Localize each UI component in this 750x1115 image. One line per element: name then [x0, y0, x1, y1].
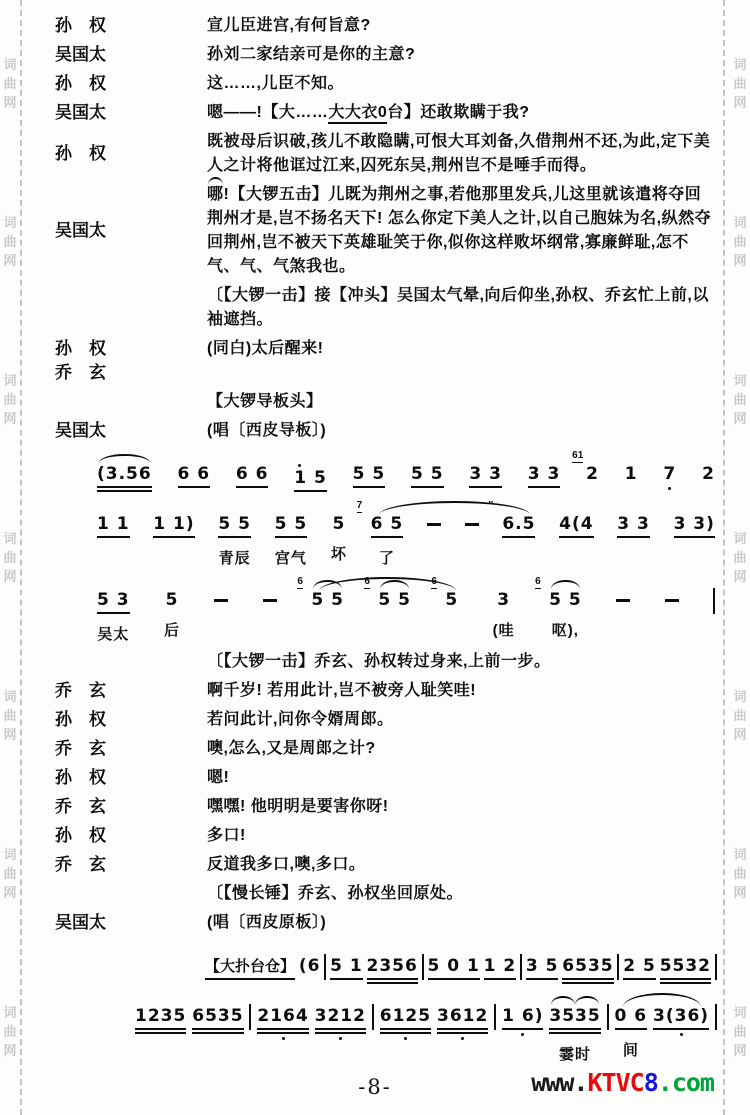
- watermark-char: 网: [733, 96, 746, 109]
- beam-line: [367, 978, 418, 980]
- speaker-name: 乔 玄: [55, 853, 160, 877]
- dash-note: [465, 523, 479, 526]
- score-page: 词曲网词曲网词曲网词曲网词曲网词曲网词曲网 词曲网词曲网词曲网词曲网词曲网词曲网…: [0, 0, 750, 1115]
- watermark-group: 词曲网: [3, 848, 16, 899]
- music-note-group: 5 1: [330, 956, 363, 980]
- watermark-char: 词: [3, 690, 16, 703]
- bar-line: [607, 1004, 609, 1030]
- dialogue-row: 乔 玄噢,怎么,又是周郎之计?: [55, 737, 712, 761]
- music-note-group: 1235: [135, 1006, 186, 1034]
- beam-line: [294, 490, 327, 492]
- music-note-group: 5 3吴太: [97, 590, 130, 644]
- watermark-group: 词曲网: [733, 1006, 746, 1057]
- music-note-group: 2164: [257, 1006, 308, 1040]
- music-note-group: 1: [625, 464, 638, 484]
- note-digits: 5 5: [218, 514, 251, 534]
- watermark-char: 网: [733, 254, 746, 267]
- text-segment: 【大锣导板头】: [207, 393, 323, 410]
- watermark-char: 网: [3, 886, 16, 899]
- beam-line: [257, 1032, 308, 1034]
- speaker-name: 吴国太: [55, 183, 160, 279]
- dash-note: [616, 599, 630, 602]
- octave-dot-below: [521, 1033, 524, 1036]
- beam-line: [97, 612, 130, 614]
- watermark-char: 曲: [3, 393, 16, 406]
- speaker-line: 孙 权: [55, 337, 160, 361]
- text-segment: 〔【大锣一击】乔玄、孙权转过身来,上前一步。: [207, 653, 550, 670]
- note-digits: 2 5: [623, 956, 656, 976]
- music-note-group: 6535: [192, 1006, 243, 1034]
- note-digits: 3: [497, 590, 510, 610]
- music-note-group: 6 6: [178, 464, 211, 488]
- beam-line: [411, 486, 444, 488]
- music-note-group: 3 5: [526, 956, 559, 980]
- dash-note: [214, 599, 228, 602]
- beam-line: [218, 536, 251, 538]
- watermark-group: 词曲网: [3, 1006, 16, 1057]
- beam-line: [135, 1032, 186, 1034]
- octave-dot-below: [461, 1037, 464, 1040]
- beam-line: [653, 1028, 709, 1030]
- music-note-group: 5 0 1: [428, 956, 480, 980]
- stage-text: 〔【慢长锤】乔玄、孙权坐回原处。: [207, 882, 712, 906]
- beam-line: [660, 982, 711, 984]
- watermark-group: 词曲网: [3, 690, 16, 741]
- music-note-group: (6: [299, 956, 321, 976]
- music-note-group: 3(36): [653, 1006, 709, 1036]
- music-note-group: 2356: [367, 956, 418, 984]
- dialogue-row: 孙 权若问此计,问你令婿周郎。: [55, 708, 712, 732]
- note-digits: 1: [625, 464, 638, 484]
- beam-line: [97, 490, 152, 492]
- beam-line: [484, 978, 517, 980]
- music-note-group: 2: [702, 464, 715, 484]
- music-note-group: ″6.5: [502, 514, 535, 538]
- speaker-line: 孙 权: [55, 824, 160, 848]
- note-digits: 5: [332, 514, 345, 534]
- music-note-group: 5 5: [411, 464, 444, 488]
- text-segment: (唱〔西皮原板〕): [207, 914, 326, 931]
- beam-line: [380, 1032, 431, 1034]
- note-digits: 1 1: [97, 514, 130, 534]
- note-digits: 2: [702, 464, 715, 484]
- note-digits: 6535: [192, 1006, 243, 1026]
- octave-dot-below: [404, 1037, 407, 1040]
- speaker-line: 乔 玄: [55, 679, 160, 703]
- dialogue-row: 吴国太嗯——!【大……大大衣0台】还敢欺瞒于我?: [55, 101, 712, 125]
- music-note-group: 3(哇: [493, 590, 515, 640]
- watermark-char: 网: [3, 570, 16, 583]
- dialogue-text: 哪!【大锣五击】儿既为荆州之事,若他那里发兵,儿这里就该遣将夺回荆州才是,岂不扬…: [207, 183, 712, 279]
- text-segment: 嗯——!【大……: [207, 104, 328, 121]
- dialogue-text: 嗯!: [207, 766, 712, 790]
- watermark-char: 词: [733, 374, 746, 387]
- watermark-char: 网: [733, 886, 746, 899]
- note-digits: 3 5: [526, 956, 559, 976]
- music-note-group: 65 5: [311, 590, 344, 610]
- note-digits: 3 3: [617, 514, 650, 534]
- beam-line: [562, 978, 613, 980]
- dialogue-text: 若问此计,问你令婿周郎。: [207, 708, 712, 732]
- bar-line: [713, 588, 715, 614]
- music-note-group: [263, 590, 277, 602]
- music-note-group: 7: [663, 464, 676, 490]
- watermark-char: 网: [733, 1044, 746, 1057]
- music-note-group: [617, 956, 619, 980]
- music-note-group: [713, 590, 715, 614]
- text-segment: (唱〔西皮导板〕): [207, 422, 326, 439]
- speaker-line: 孙 权: [55, 766, 160, 790]
- bar-line: [249, 1004, 251, 1030]
- music-note-group: 76 5了: [371, 514, 404, 568]
- note-digits: 5: [445, 590, 458, 610]
- beam-line: [674, 536, 715, 538]
- bar-line: [494, 1004, 496, 1030]
- music-note-group: [372, 1006, 374, 1030]
- music-note-group: [715, 1006, 717, 1030]
- dialogue-row: 吴国太哪!【大锣五击】儿既为荆州之事,若他那里发兵,儿这里就该遣将夺回荆州才是,…: [55, 183, 712, 279]
- dialogue-text: (唱〔西皮导板〕): [207, 419, 712, 443]
- music-note-group: 1 1: [97, 514, 130, 538]
- note-digits: 6 5: [371, 514, 404, 534]
- music-note-group: 3 3: [469, 464, 502, 488]
- dialogue-row: 乔 玄反道我多口,噢,多口。: [55, 853, 712, 877]
- dialogue-text: 孙刘二家结亲可是你的主意?: [207, 43, 712, 67]
- lyric-text: 青辰: [219, 547, 251, 568]
- speaker-name: 乔 玄: [55, 737, 160, 761]
- text-segment: 〔【大锣一击】接【冲头】吴国太气晕,向后仰坐,孙权、乔玄忙上前,以袖遮挡。: [207, 287, 709, 328]
- grace-note: 6: [297, 577, 303, 589]
- music-note-group: [324, 956, 326, 980]
- music-note-group: [465, 514, 479, 526]
- note-digits: 6125: [380, 1006, 431, 1026]
- speaker-name: 孙 权乔 玄: [55, 337, 160, 385]
- watermark-char: 词: [3, 532, 16, 545]
- watermark-group: 词曲网: [3, 58, 16, 109]
- dialogue-text: 反道我多口,噢,多口。: [207, 853, 712, 877]
- text-segment: 噢,怎么,又是周郎之计?: [207, 740, 376, 757]
- tie-arc-icon: [551, 580, 580, 589]
- note-digits: 5: [166, 590, 179, 610]
- note-digits: 1 6): [502, 1006, 543, 1026]
- watermark-char: 词: [3, 216, 16, 229]
- speaker-line: 乔 玄: [55, 737, 160, 761]
- watermark-char: 曲: [3, 1025, 16, 1038]
- beam-line: [205, 978, 295, 980]
- music-note-group: [665, 590, 679, 602]
- speaker-name: 孙 权: [55, 766, 160, 790]
- watermark-char: 曲: [733, 393, 746, 406]
- lyric-text: 了: [379, 547, 395, 568]
- speaker-line: 吴国太: [55, 43, 160, 67]
- note-digits: 3 3: [469, 464, 502, 484]
- note-digits: 【大扑台仓】: [205, 956, 295, 976]
- right-dashed-border: [723, 0, 725, 1115]
- beam-line: [528, 486, 561, 488]
- watermark-group: 词曲网: [733, 848, 746, 899]
- beam-line: [469, 486, 502, 488]
- beam-line: [437, 1028, 488, 1030]
- note-digits: 6.5: [502, 514, 535, 534]
- watermark-char: 词: [733, 690, 746, 703]
- speaker-name: 吴国太: [55, 419, 160, 443]
- watermark-column-left: 词曲网词曲网词曲网词曲网词曲网词曲网词曲网: [1, 4, 19, 1111]
- dialogue-row: 孙 权乔 玄(同白)太后醒来!: [55, 337, 712, 385]
- music-line: 5 3吴太5后65 565 5653(哇65 5呕),: [97, 574, 715, 644]
- bar-line: [520, 954, 522, 980]
- lyric-text: 坏: [331, 543, 347, 564]
- watermark-char: 词: [733, 532, 746, 545]
- watermark-char: 词: [3, 1006, 16, 1019]
- speaker-name: 孙 权: [55, 708, 160, 732]
- watermark-char: 网: [3, 728, 16, 741]
- beam-line: [315, 1032, 366, 1034]
- dialogue-text: 啊千岁! 若用此计,岂不被旁人耻笑哇!: [207, 679, 712, 703]
- music-note-group: 3212: [315, 1006, 366, 1040]
- text-segment: 孙刘二家结亲可是你的主意?: [207, 46, 415, 63]
- music-note-group: 3 3: [617, 514, 650, 538]
- beam-line: [660, 978, 711, 980]
- note-digits: 7: [663, 464, 676, 484]
- beam-line: [617, 536, 650, 538]
- beam-line: [257, 1028, 308, 1030]
- dash-note: [263, 599, 277, 602]
- slur-arc: [623, 993, 700, 1007]
- dash-note: [427, 523, 441, 526]
- dialogue-row: 孙 权嗯!: [55, 766, 712, 790]
- note-digits: 4(4: [559, 514, 593, 534]
- speaker-line: 乔 玄: [55, 795, 160, 819]
- note-digits: 1235: [135, 1006, 186, 1026]
- text-segment: !【大锣五击】儿既为荆州之事,若他那里发兵,儿这里就该遣将夺回荆州才是,岂不扬名…: [207, 186, 711, 275]
- music-line: 1235653521643212612536121 6)3535霎时0 6间3(…: [135, 990, 717, 1064]
- text-segment: 这……,儿臣不知。: [207, 75, 344, 92]
- dialogue-row: 孙 权多口!: [55, 824, 712, 848]
- note-digits: 5 5: [275, 514, 308, 534]
- speaker-name: 孙 权: [55, 130, 160, 178]
- note-digits: 3 3: [528, 464, 561, 484]
- speaker-name: 乔 玄: [55, 679, 160, 703]
- note-digits: 5532: [660, 956, 711, 976]
- tie-arc-icon: [551, 996, 575, 1005]
- stage-direction: 〔【大锣一击】乔玄、孙权转过身来,上前一步。: [207, 650, 712, 674]
- octave-dot-below: [339, 1037, 342, 1040]
- speaker-line: 孙 权: [55, 708, 160, 732]
- note-digits: 3612: [437, 1006, 488, 1026]
- music-note-group: 【大扑台仓】: [205, 956, 295, 980]
- note-digits: (3.56: [97, 464, 152, 484]
- music-note-group: 1 6): [502, 1006, 543, 1036]
- music-note-group: [607, 1006, 609, 1030]
- dialogue-text: (唱〔西皮原板〕): [207, 911, 712, 935]
- watermark-group: 词曲网: [3, 532, 16, 583]
- octave-dot-below: [668, 487, 671, 490]
- beam-line: [549, 1028, 600, 1030]
- beam-line: [526, 978, 559, 980]
- dialogue-row: 吴国太孙刘二家结亲可是你的主意?: [55, 43, 712, 67]
- music-note-group: 6535: [562, 956, 613, 984]
- dialogue-text: 多口!: [207, 824, 712, 848]
- text-segment: 啊千岁! 若用此计,岂不被旁人耻笑哇!: [207, 682, 476, 699]
- text-segment: 既被母后识破,孩儿不敢隐瞒,可恨大耳刘备,久借荆州不还,为此,定下美人之计将他诓…: [207, 133, 710, 174]
- watermark-group: 词曲网: [733, 216, 746, 267]
- watermark-char: 词: [733, 848, 746, 861]
- lyric-text: 间: [623, 1039, 639, 1060]
- grace-note: 6: [535, 577, 541, 589]
- speaker-line: 吴国太: [55, 419, 160, 443]
- bar-line: [372, 1004, 374, 1030]
- beam-line: [97, 486, 152, 488]
- music-note-group: 4(4: [559, 514, 593, 538]
- beam-line: [315, 1028, 366, 1030]
- lyric-text: 吴太: [97, 623, 129, 644]
- beam-line: [623, 978, 656, 980]
- octave-dot-below: [282, 1037, 285, 1040]
- speaker-line: 吴国太: [55, 101, 160, 125]
- text-segment: (同白)太后醒来!: [207, 340, 324, 357]
- grace-note: 61: [572, 451, 583, 463]
- bar-line: [715, 954, 717, 980]
- text-segment: 台】还敢欺瞒于我?: [387, 104, 529, 121]
- speaker-name: 孙 权: [55, 72, 160, 96]
- beam-line: [97, 536, 130, 538]
- music-line: 1 11 1)5 5青辰5 5宫气5坏76 5了″6.54(43 33 3): [97, 498, 715, 568]
- brand-ktvc: KTVC: [588, 1068, 644, 1097]
- speaker-name: 吴国太: [55, 911, 160, 935]
- lyric-text: 后: [164, 619, 180, 640]
- beam-line: [192, 1032, 243, 1034]
- music-line: (3.566 66 61 55 55 53 33 3612172: [97, 448, 715, 492]
- dialogue-text: 既被母后识破,孩儿不敢隐瞒,可恨大耳刘备,久借荆州不还,为此,定下美人之计将他诓…: [207, 130, 712, 178]
- beam-line: [330, 978, 363, 980]
- beam-line: [562, 982, 613, 984]
- tie-arc-icon: [99, 454, 150, 463]
- note-digits: 0 6: [615, 1006, 648, 1026]
- note-digits: 6 6: [178, 464, 211, 484]
- watermark-char: 词: [3, 58, 16, 71]
- note-digits: 5 1: [330, 956, 363, 976]
- left-dashed-border: [20, 0, 22, 1115]
- watermark-char: 曲: [733, 709, 746, 722]
- beam-line: [353, 486, 386, 488]
- watermark-char: 曲: [3, 551, 16, 564]
- bar-line: [324, 954, 326, 980]
- music-note-group: 3 3): [674, 514, 715, 538]
- beam-line: [428, 978, 480, 980]
- beam-line: [371, 536, 404, 538]
- lyric-text: 宫气: [275, 547, 307, 568]
- music-note-group: 612: [586, 464, 599, 484]
- beam-line: [502, 536, 535, 538]
- beam-line: [502, 1028, 543, 1030]
- beam-line: [153, 536, 194, 538]
- tie-arc-icon: [575, 996, 599, 1005]
- text-segment: 宣儿臣进宫,有何旨意?: [207, 17, 371, 34]
- beam-line: [615, 1028, 648, 1030]
- speaker-line: 孙 权: [55, 72, 160, 96]
- dialogue-text: 宣儿臣进宫,有何旨意?: [207, 14, 712, 38]
- music-note-group: 3 3: [528, 464, 561, 488]
- beam-line: [549, 1032, 600, 1034]
- beam-line: [236, 486, 269, 488]
- watermark-char: 曲: [3, 77, 16, 90]
- dialogue-row: 孙 权这……,儿臣不知。: [55, 72, 712, 96]
- note-digits: 5 5: [549, 590, 582, 610]
- music-note-group: 3612: [437, 1006, 488, 1040]
- music-note-group: 1 5: [294, 464, 327, 492]
- note-digits: (6: [299, 956, 321, 976]
- watermark-char: 网: [3, 1044, 16, 1057]
- watermark-char: 曲: [733, 1025, 746, 1038]
- watermark-char: 词: [733, 58, 746, 71]
- beam-line: [192, 1028, 243, 1030]
- stage-text: 【大锣导板头】: [207, 390, 712, 414]
- accent-arc-icon: [208, 177, 223, 185]
- beam-line: [275, 536, 308, 538]
- bar-line: [617, 954, 619, 980]
- beam-line: [135, 1028, 186, 1030]
- brand-com: .com: [658, 1068, 714, 1097]
- music-note-group: 5 5青辰: [218, 514, 251, 568]
- watermark-group: 词曲网: [3, 374, 16, 425]
- stage-direction: 【大锣导板头】: [207, 390, 712, 414]
- octave-dot-above: [298, 464, 301, 467]
- music-note-group: 6 6: [236, 464, 269, 488]
- dialogue-row: 孙 权既被母后识破,孩儿不敢隐瞒,可恨大耳刘备,久借荆州不还,为此,定下美人之计…: [55, 130, 712, 178]
- music-note-group: [422, 956, 424, 980]
- speaker-name: 吴国太: [55, 101, 160, 125]
- music-line: 【大扑台仓】(65 123565 0 11 23 565352 55532: [205, 940, 717, 984]
- music-note-group: 65 5: [378, 590, 411, 610]
- speaker-name: 吴国太: [55, 43, 160, 67]
- dialogue-row: 吴国太(唱〔西皮原板〕): [55, 911, 712, 935]
- brand-www: www.: [531, 1068, 587, 1097]
- text-segment: 大大衣0: [328, 104, 387, 124]
- music-note-group: 2 5: [623, 956, 656, 980]
- music-note-group: 5后: [164, 590, 180, 640]
- dialogue-row: 吴国太(唱〔西皮导板〕): [55, 419, 712, 443]
- dialogue-row: 乔 玄嘿嘿! 他明明是要害你呀!: [55, 795, 712, 819]
- watermark-char: 曲: [3, 867, 16, 880]
- watermark-char: 曲: [733, 867, 746, 880]
- dialogue-text: (同白)太后醒来!: [207, 337, 712, 385]
- music-note-group: [249, 1006, 251, 1030]
- note-digits: 5 5: [378, 590, 411, 610]
- music-note-group: 1 2: [484, 956, 517, 980]
- speaker-line: 乔 玄: [55, 361, 160, 385]
- stage-text: 〔【大锣一击】乔玄、孙权转过身来,上前一步。: [207, 650, 712, 674]
- watermark-char: 词: [733, 216, 746, 229]
- score-content: 孙 权宣儿臣进宫,有何旨意?吴国太孙刘二家结亲可是你的主意?孙 权这……,儿臣不…: [55, 14, 712, 1070]
- watermark-group: 词曲网: [733, 374, 746, 425]
- watermark-group: 词曲网: [733, 532, 746, 583]
- slur-arc: [379, 501, 530, 515]
- text-segment: 〔【慢长锤】乔玄、孙权坐回原处。: [207, 885, 463, 902]
- note-digits: 2: [586, 464, 599, 484]
- note-digits: 5 5: [311, 590, 344, 610]
- text-segment: 若问此计,问你令婿周郎。: [207, 711, 393, 728]
- watermark-char: 网: [733, 412, 746, 425]
- note-digits: 3212: [315, 1006, 366, 1026]
- note-digits: 5 5: [353, 464, 386, 484]
- watermark-char: 词: [733, 1006, 746, 1019]
- music-note-group: 65: [445, 590, 458, 610]
- music-note-group: 5 5: [353, 464, 386, 488]
- watermark-char: 曲: [3, 235, 16, 248]
- music-note-group: 5坏: [331, 514, 347, 564]
- note-digits: 1 5: [294, 468, 327, 488]
- music-note-group: (3.56: [97, 464, 152, 492]
